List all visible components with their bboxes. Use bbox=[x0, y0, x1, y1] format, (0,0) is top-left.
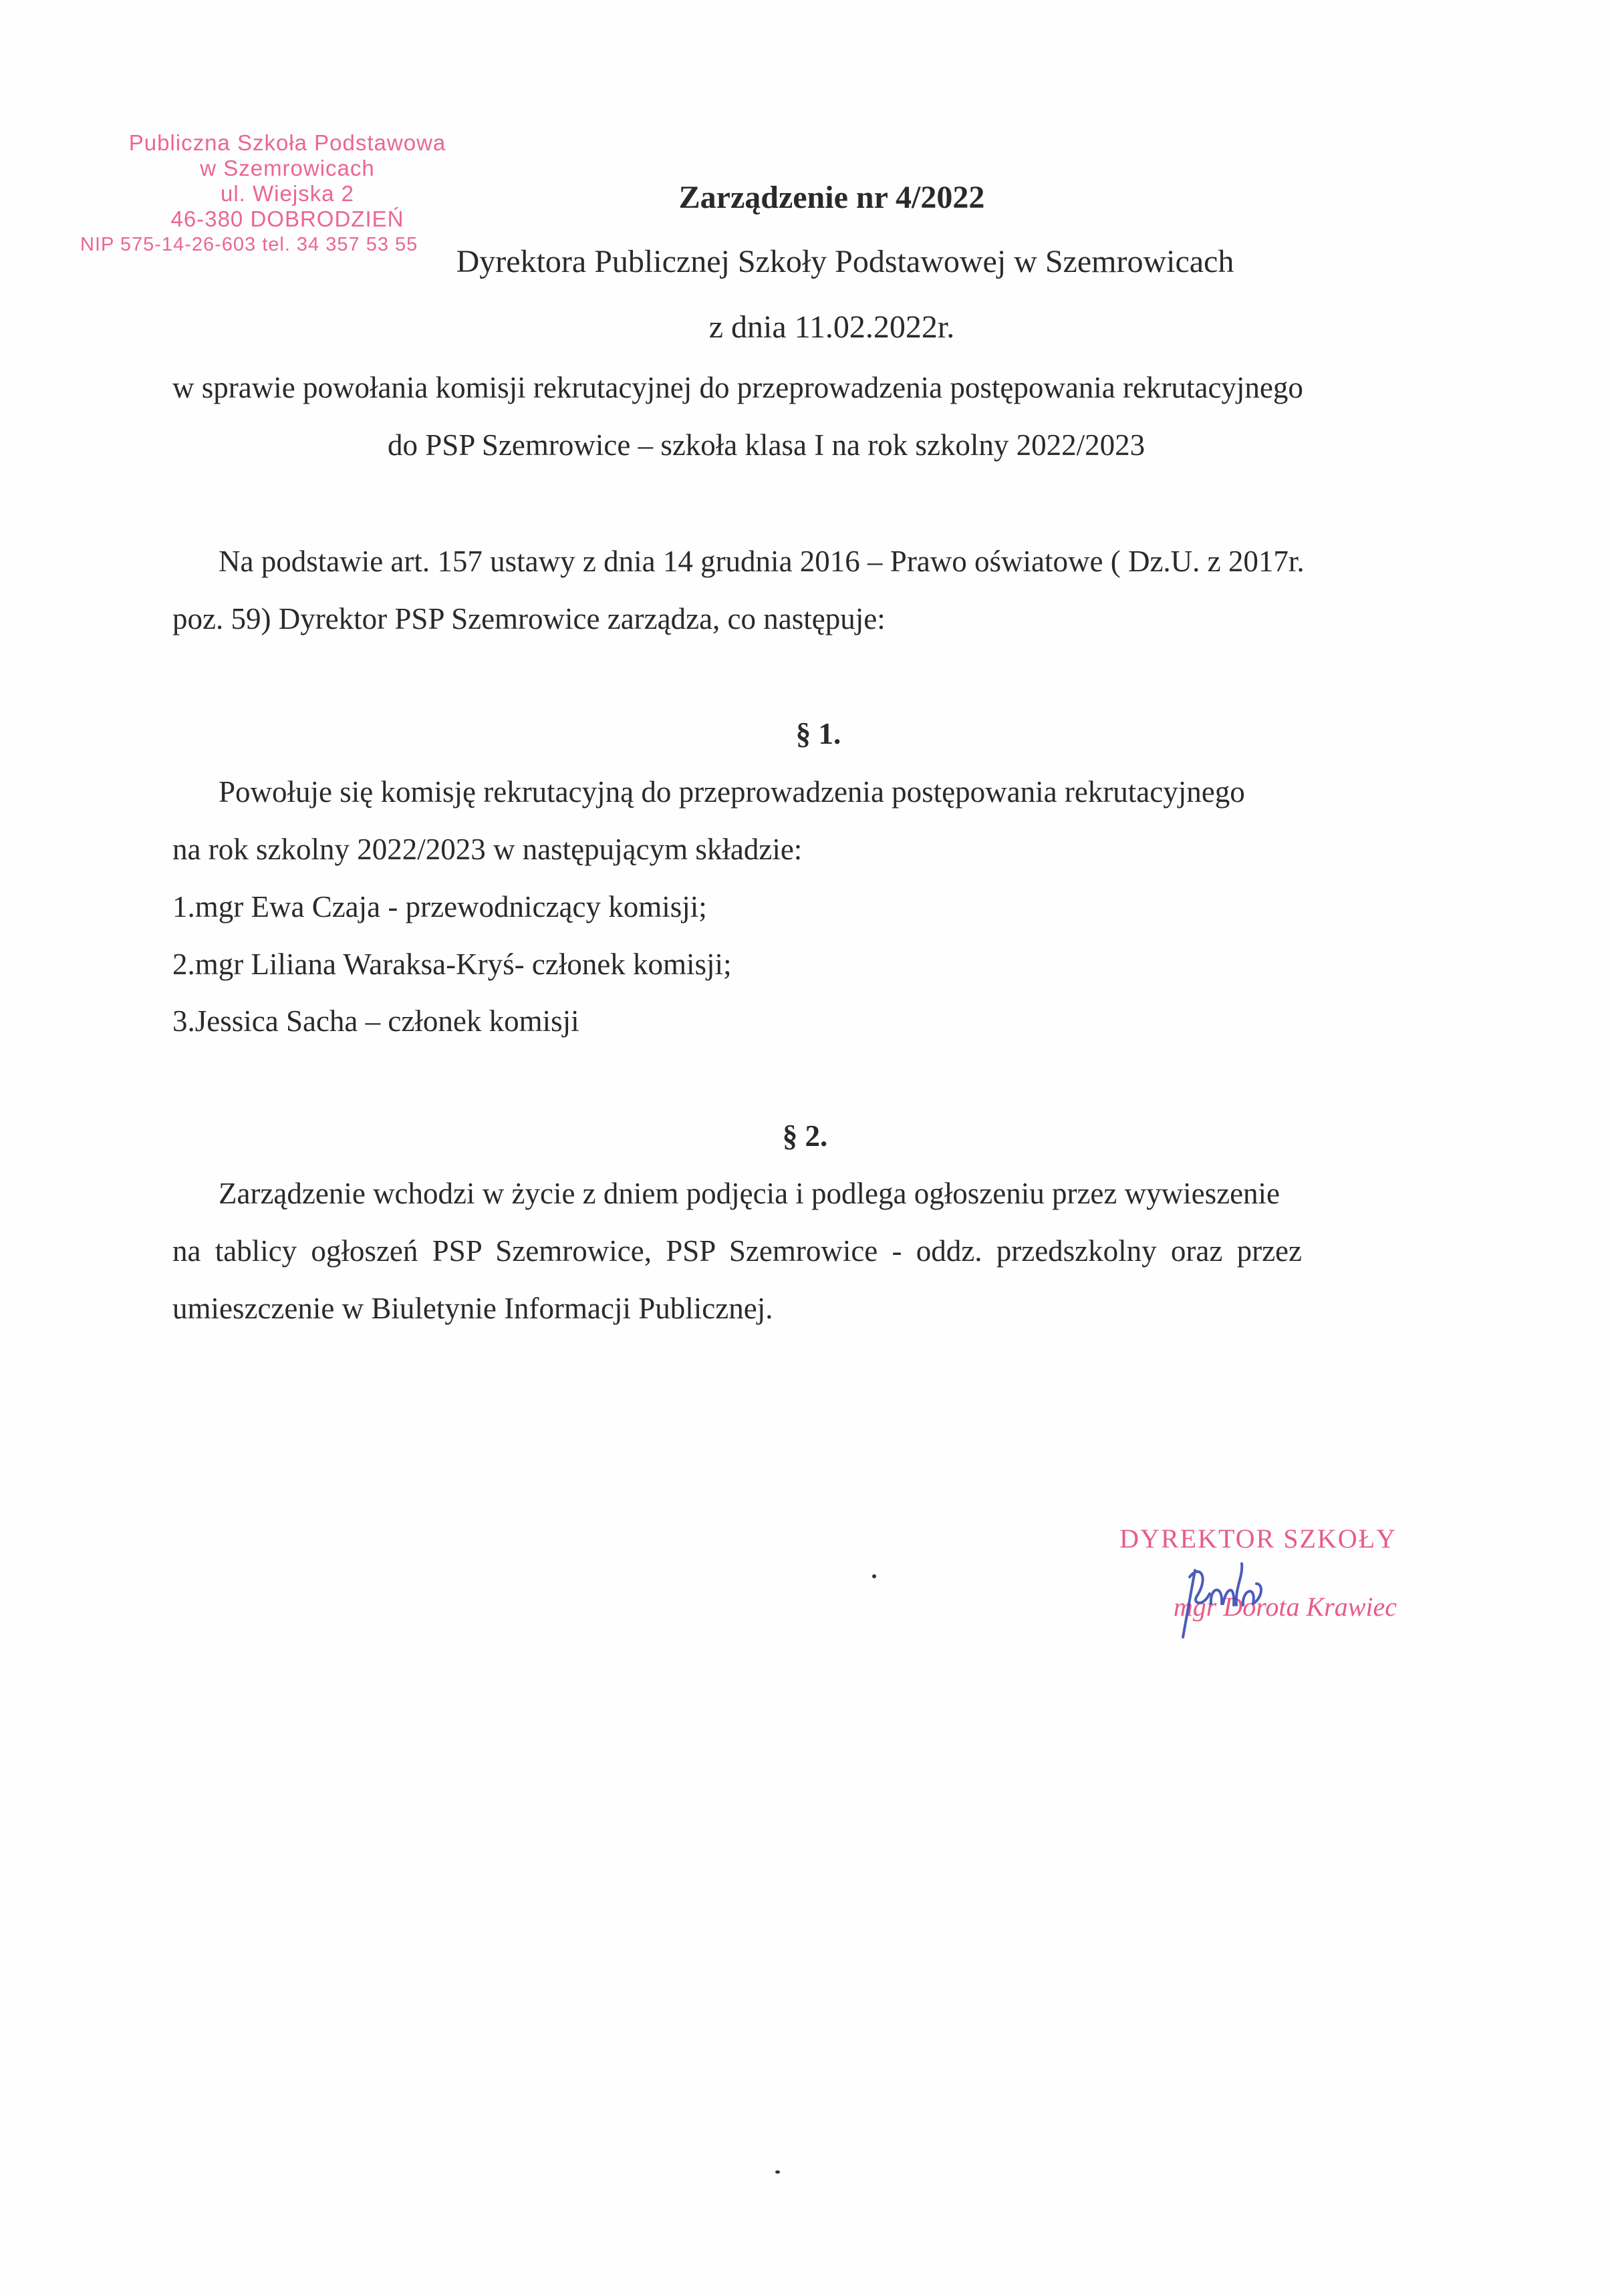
section-1-heading: § 1. bbox=[0, 715, 1610, 752]
document-date: z dnia 11.02.2022r. bbox=[0, 309, 1610, 346]
stamp-line-school-name: Publiczna Szkoła Podstawowa bbox=[100, 130, 475, 156]
section-2-line-1: Zarządzenie wchodzi w życie z dniem podj… bbox=[219, 1175, 1280, 1212]
section-2-line-2: na tablicy ogłoszeń PSP Szemrowice, PSP … bbox=[172, 1232, 1302, 1270]
document-page: Publiczna Szkoła Podstawowa w Szemrowica… bbox=[0, 0, 1610, 2296]
committee-member-2: 2.mgr Liliana Waraksa-Kryś- członek komi… bbox=[172, 946, 732, 983]
director-stamp-title: DYREKTOR SZKOŁY bbox=[1103, 1524, 1424, 1554]
scan-speck bbox=[775, 2170, 780, 2174]
preamble-line-1: Na podstawie art. 157 ustawy z dnia 14 g… bbox=[219, 543, 1305, 580]
document-issuer: Dyrektora Publicznej Szkoły Podstawowej … bbox=[0, 243, 1610, 281]
section-2-line-3: umieszczenie w Biuletynie Informacji Pub… bbox=[172, 1290, 773, 1327]
stamp-line-locality: w Szemrowicach bbox=[100, 156, 475, 181]
preamble-line-2: poz. 59) Dyrektor PSP Szemrowice zarządz… bbox=[172, 600, 886, 637]
scan-speck bbox=[872, 1574, 876, 1578]
subject-line-1: w sprawie powołania komisji rekrutacyjne… bbox=[172, 369, 1303, 406]
subject-line-2: do PSP Szemrowice – szkoła klasa I na ro… bbox=[388, 426, 1145, 464]
committee-member-3: 3.Jessica Sacha – członek komisji bbox=[172, 1002, 579, 1040]
committee-member-1: 1.mgr Ewa Czaja - przewodniczący komisji… bbox=[172, 888, 707, 925]
section-2-heading: § 2. bbox=[0, 1117, 1610, 1155]
section-1-line-2: na rok szkolny 2022/2023 w następującym … bbox=[172, 831, 802, 868]
handwritten-signature-icon bbox=[1163, 1557, 1297, 1644]
document-title: Zarządzenie nr 4/2022 bbox=[0, 179, 1610, 217]
section-1-line-1: Powołuje się komisję rekrutacyjną do prz… bbox=[219, 773, 1245, 811]
